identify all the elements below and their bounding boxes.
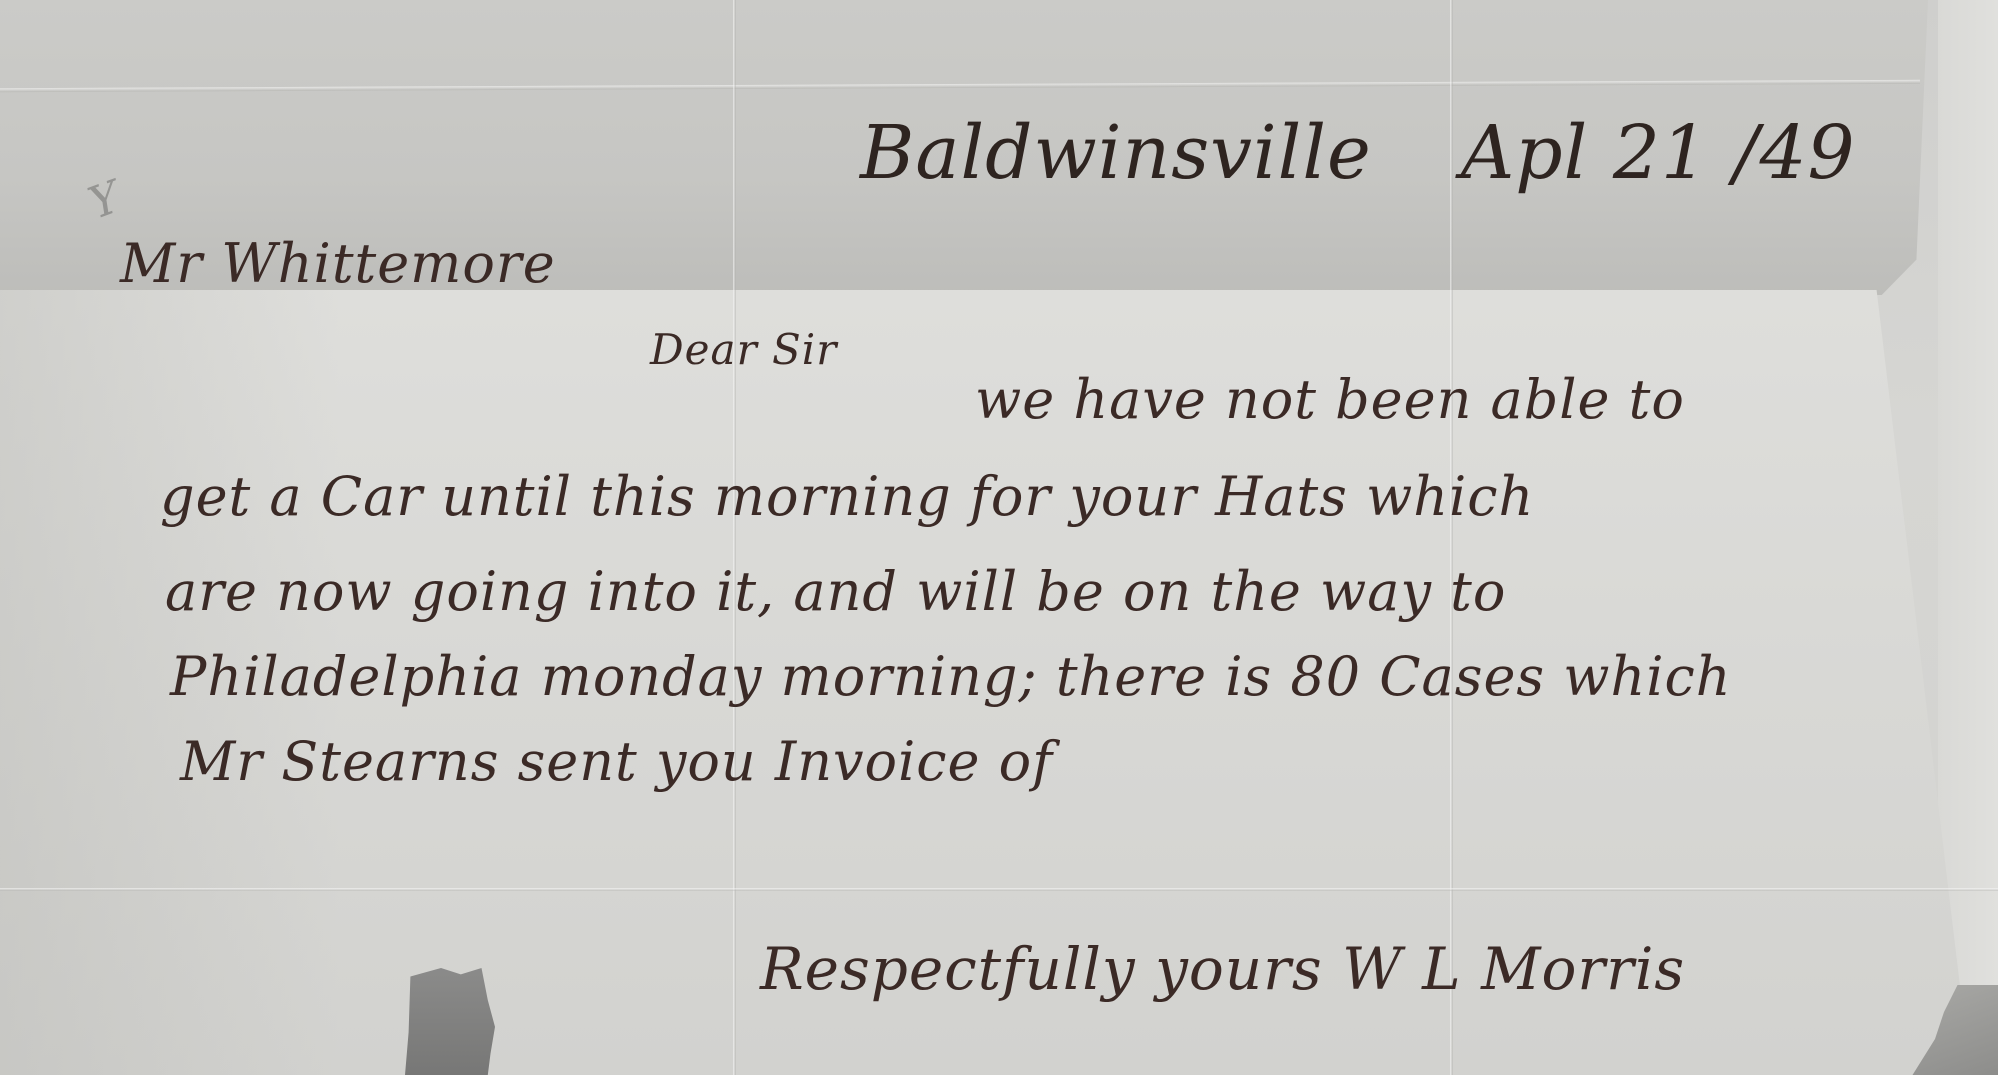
vertical-fold-left	[733, 0, 736, 1075]
letter-heading: Baldwinsville Apl 21 /49	[860, 110, 1856, 196]
body-line: we have not been able to	[975, 368, 1685, 431]
letter-photograph: Y Baldwinsville Apl 21 /49 Mr Whittemore…	[0, 0, 1998, 1075]
place-name: Baldwinsville	[860, 110, 1372, 196]
horizontal-fold-lower	[0, 888, 1998, 891]
body-line: Philadelphia monday morning; there is 80…	[170, 645, 1732, 708]
body-line: are now going into it, and will be on th…	[165, 560, 1506, 623]
body-line: get a Car until this morning for your Ha…	[160, 465, 1534, 528]
signature-closing: Respectfully yours W L Morris	[760, 935, 1685, 1003]
addressee: Mr Whittemore	[120, 232, 556, 295]
letter-date: Apl 21 /49	[1461, 110, 1856, 196]
salutation: Dear Sir	[650, 325, 837, 374]
torn-hole	[405, 968, 495, 1075]
body-line: Mr Stearns sent you Invoice of	[180, 730, 1053, 793]
